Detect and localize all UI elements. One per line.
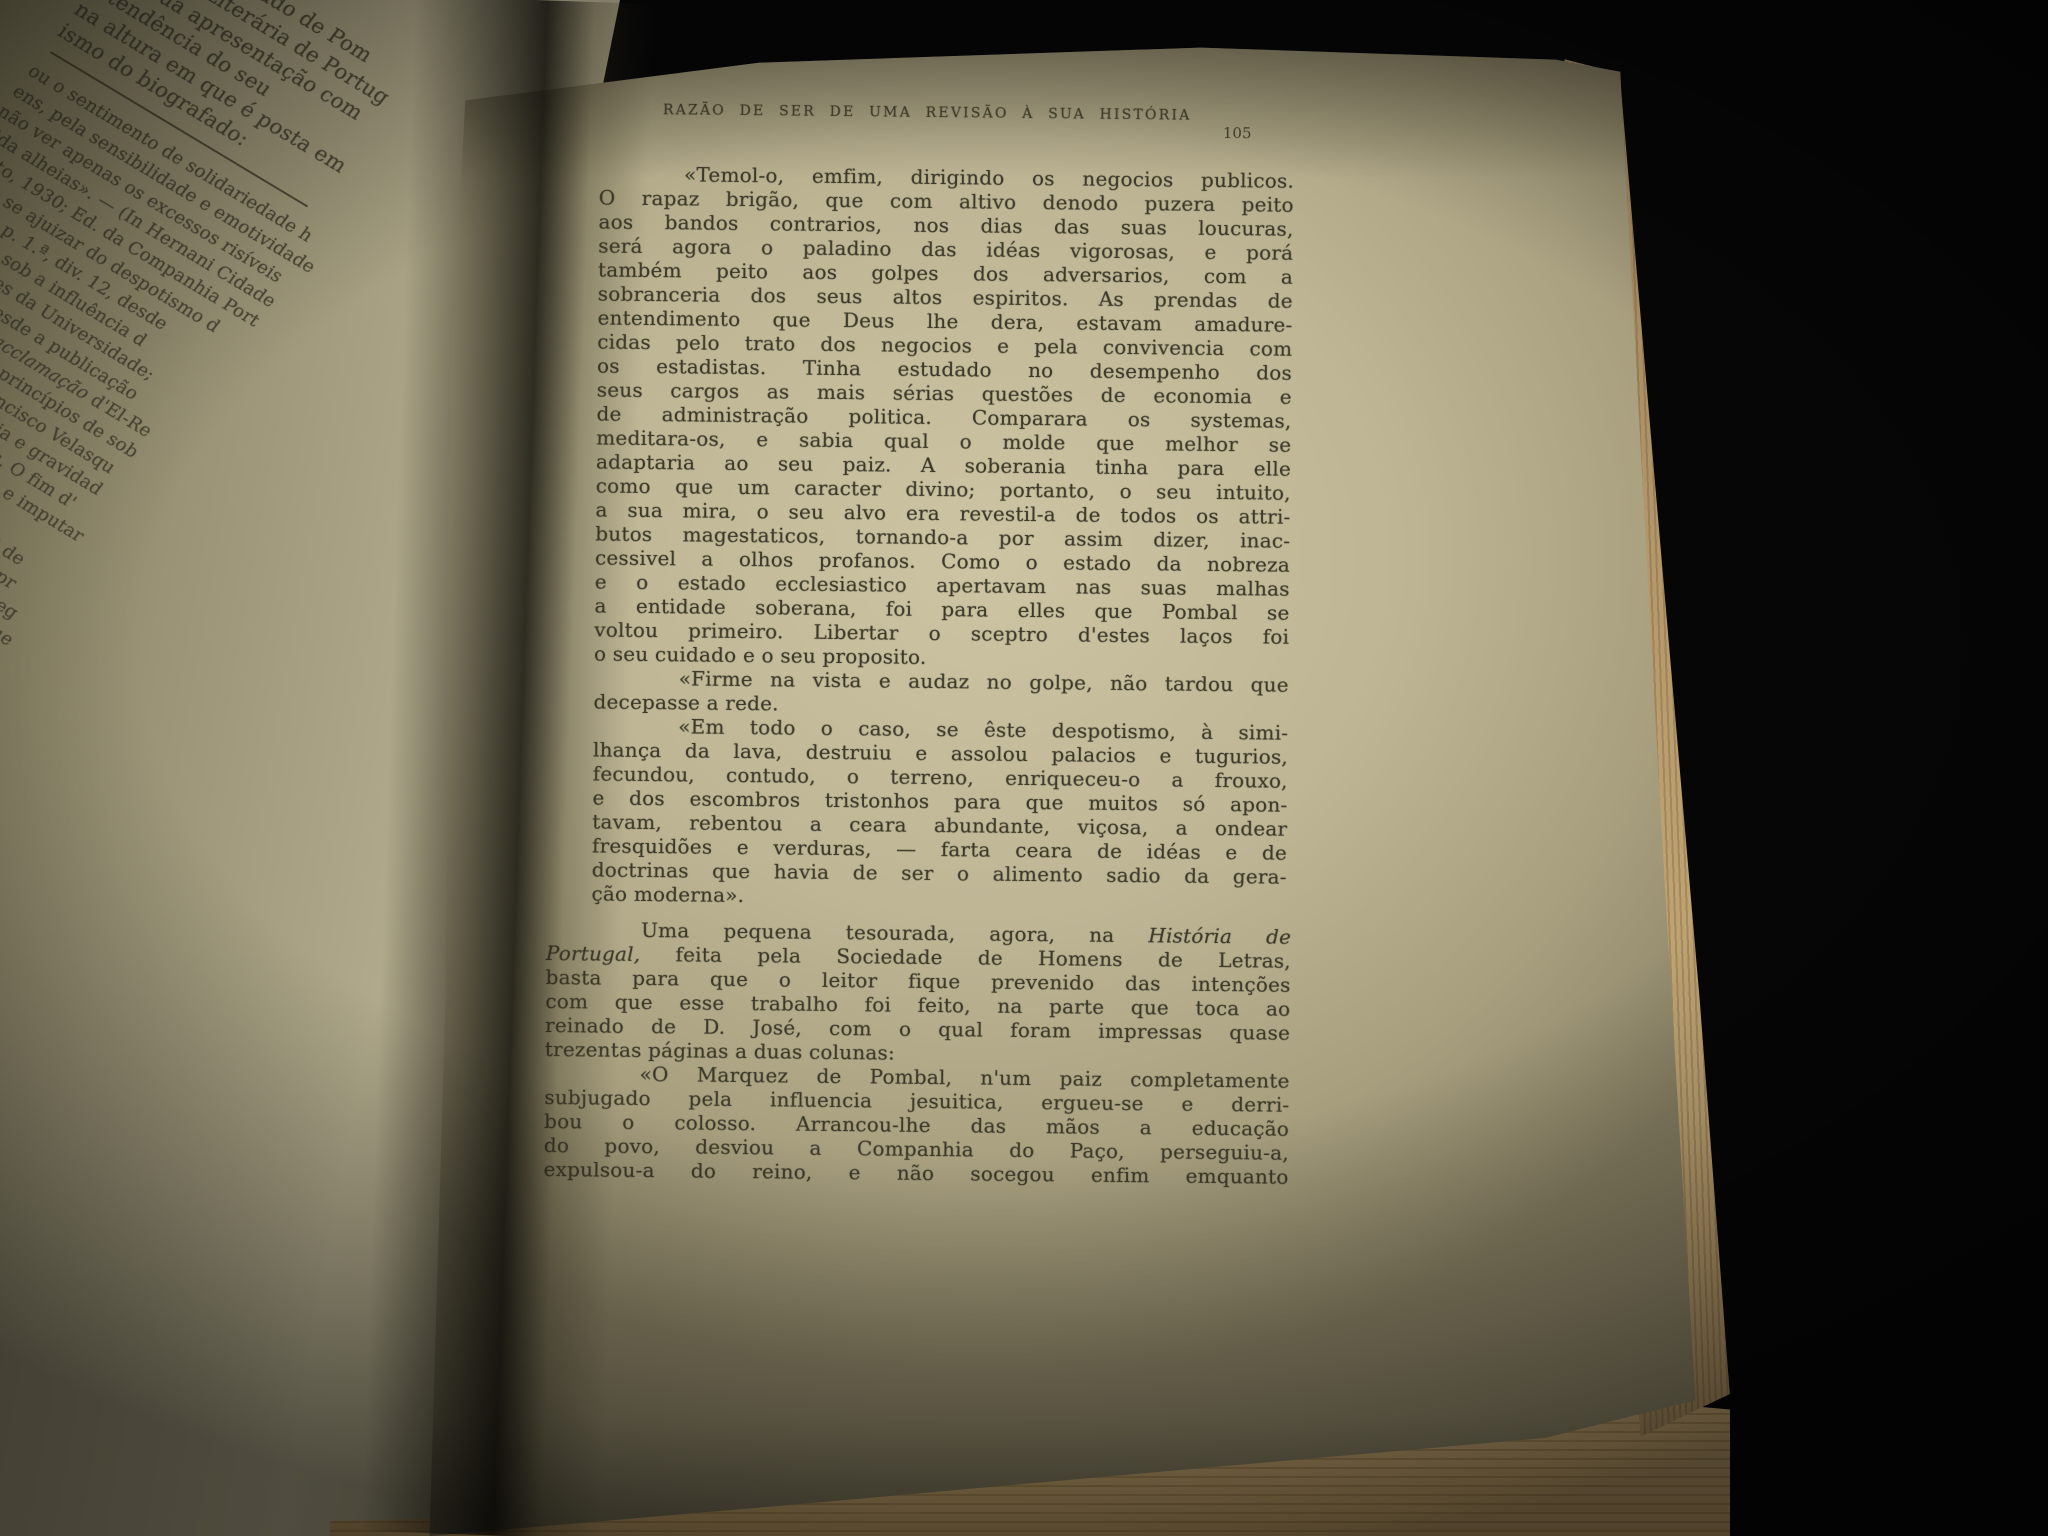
paragraph: «Temol-o, emfim, dirigindo os negocios p… xyxy=(594,161,1294,672)
right-page-text-block: RAZÃO DE SER DE UMA REVISÃO À SUA HISTÓR… xyxy=(544,83,1300,1189)
page-body-text: «Temol-o, emfim, dirigindo os negocios p… xyxy=(544,161,1300,1189)
paragraph: Uma pequena tesourada, agora, na Históri… xyxy=(545,917,1291,1069)
book-photo: caminha ao lado de PomHistória Literária… xyxy=(0,0,2048,1536)
paragraph: «O Marquez de Pombal, n'um paiz completa… xyxy=(544,1061,1290,1189)
page-number: 105 xyxy=(1223,124,1252,142)
right-page: RAZÃO DE SER DE UMA REVISÃO À SUA HISTÓR… xyxy=(390,28,1710,1536)
running-header-row: RAZÃO DE SER DE UMA REVISÃO À SUA HISTÓR… xyxy=(554,95,1299,147)
paragraph: «Firme na vista e audaz no golpe, não ta… xyxy=(593,665,1288,720)
running-header: RAZÃO DE SER DE UMA REVISÃO À SUA HISTÓR… xyxy=(555,95,1300,125)
paragraph: «Em todo o caso, se êste despotismo, à s… xyxy=(591,713,1288,912)
